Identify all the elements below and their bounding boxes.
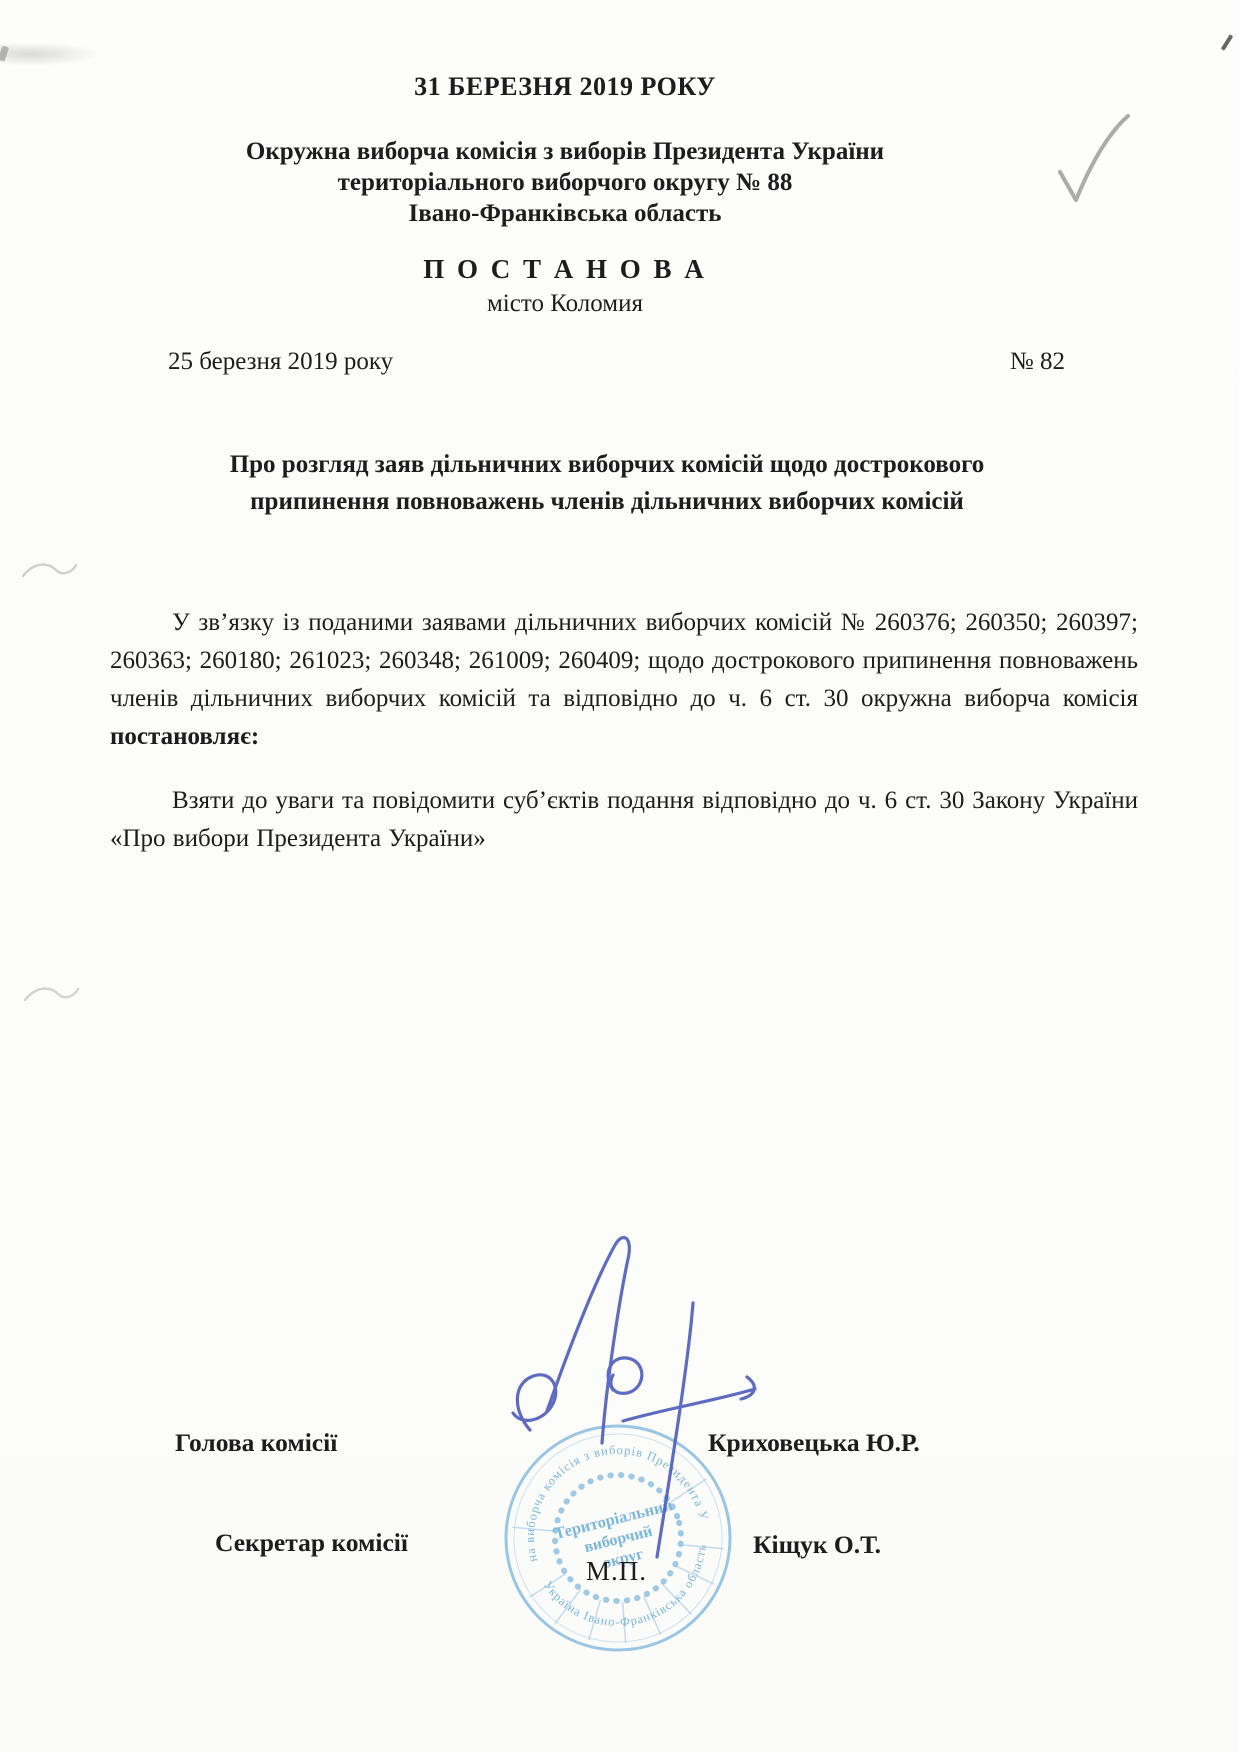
pencil-squiggle-icon	[22, 980, 82, 1010]
seal-placeholder-label: М.П.	[586, 1556, 647, 1587]
scanned-document-page: 31 БЕРЕЗНЯ 2019 РОКУ Окружна виборча ком…	[0, 0, 1239, 1752]
subject-heading: Про розгляд заяв дільничних виборчих ком…	[92, 446, 1122, 520]
scan-mark-top-right	[1221, 34, 1233, 51]
subject-line: припинення повноважень членів дільничних…	[92, 483, 1122, 520]
commission-district-line: територіального виборчого округу № 88	[110, 167, 1020, 198]
body-paragraph-2: Взяти до уваги та повідомити суб’єктів п…	[110, 782, 1138, 858]
document-type-title: П О С Т А Н О В А	[110, 254, 1020, 285]
pen-signatures	[455, 1225, 795, 1605]
paragraph-text: У зв’язку із поданими заявами дільничних…	[110, 609, 1138, 712]
date-number-row: 25 березня 2019 року № 82	[110, 348, 1135, 376]
document-number: № 82	[1010, 348, 1065, 376]
paragraph-emphasis: постановляє:	[110, 723, 259, 750]
commission-region-line: Івано-Франківська область	[110, 198, 1020, 229]
commission-name-block: Окружна виборча комісія з виборів Презид…	[110, 136, 1020, 229]
scan-smudge-top-left	[0, 42, 100, 66]
body-paragraph-1: У зв’язку із поданими заявами дільничних…	[110, 604, 1138, 756]
pencil-squiggle-icon	[20, 556, 80, 586]
date-header: 31 БЕРЕЗНЯ 2019 РОКУ	[110, 72, 1020, 102]
signature-stroke-secretary	[608, 1303, 755, 1557]
signature-role-secretary: Секретар комісії	[215, 1528, 408, 1558]
signature-role-head: Голова комісії	[175, 1428, 337, 1458]
document-date: 25 березня 2019 року	[168, 348, 393, 376]
commission-name-line: Окружна виборча комісія з виборів Презид…	[110, 136, 1020, 167]
subject-line: Про розгляд заяв дільничних виборчих ком…	[92, 446, 1122, 483]
signature-stroke-head	[513, 1237, 629, 1443]
pencil-checkmark-icon	[1048, 108, 1138, 208]
city-line: місто Коломия	[110, 290, 1020, 318]
